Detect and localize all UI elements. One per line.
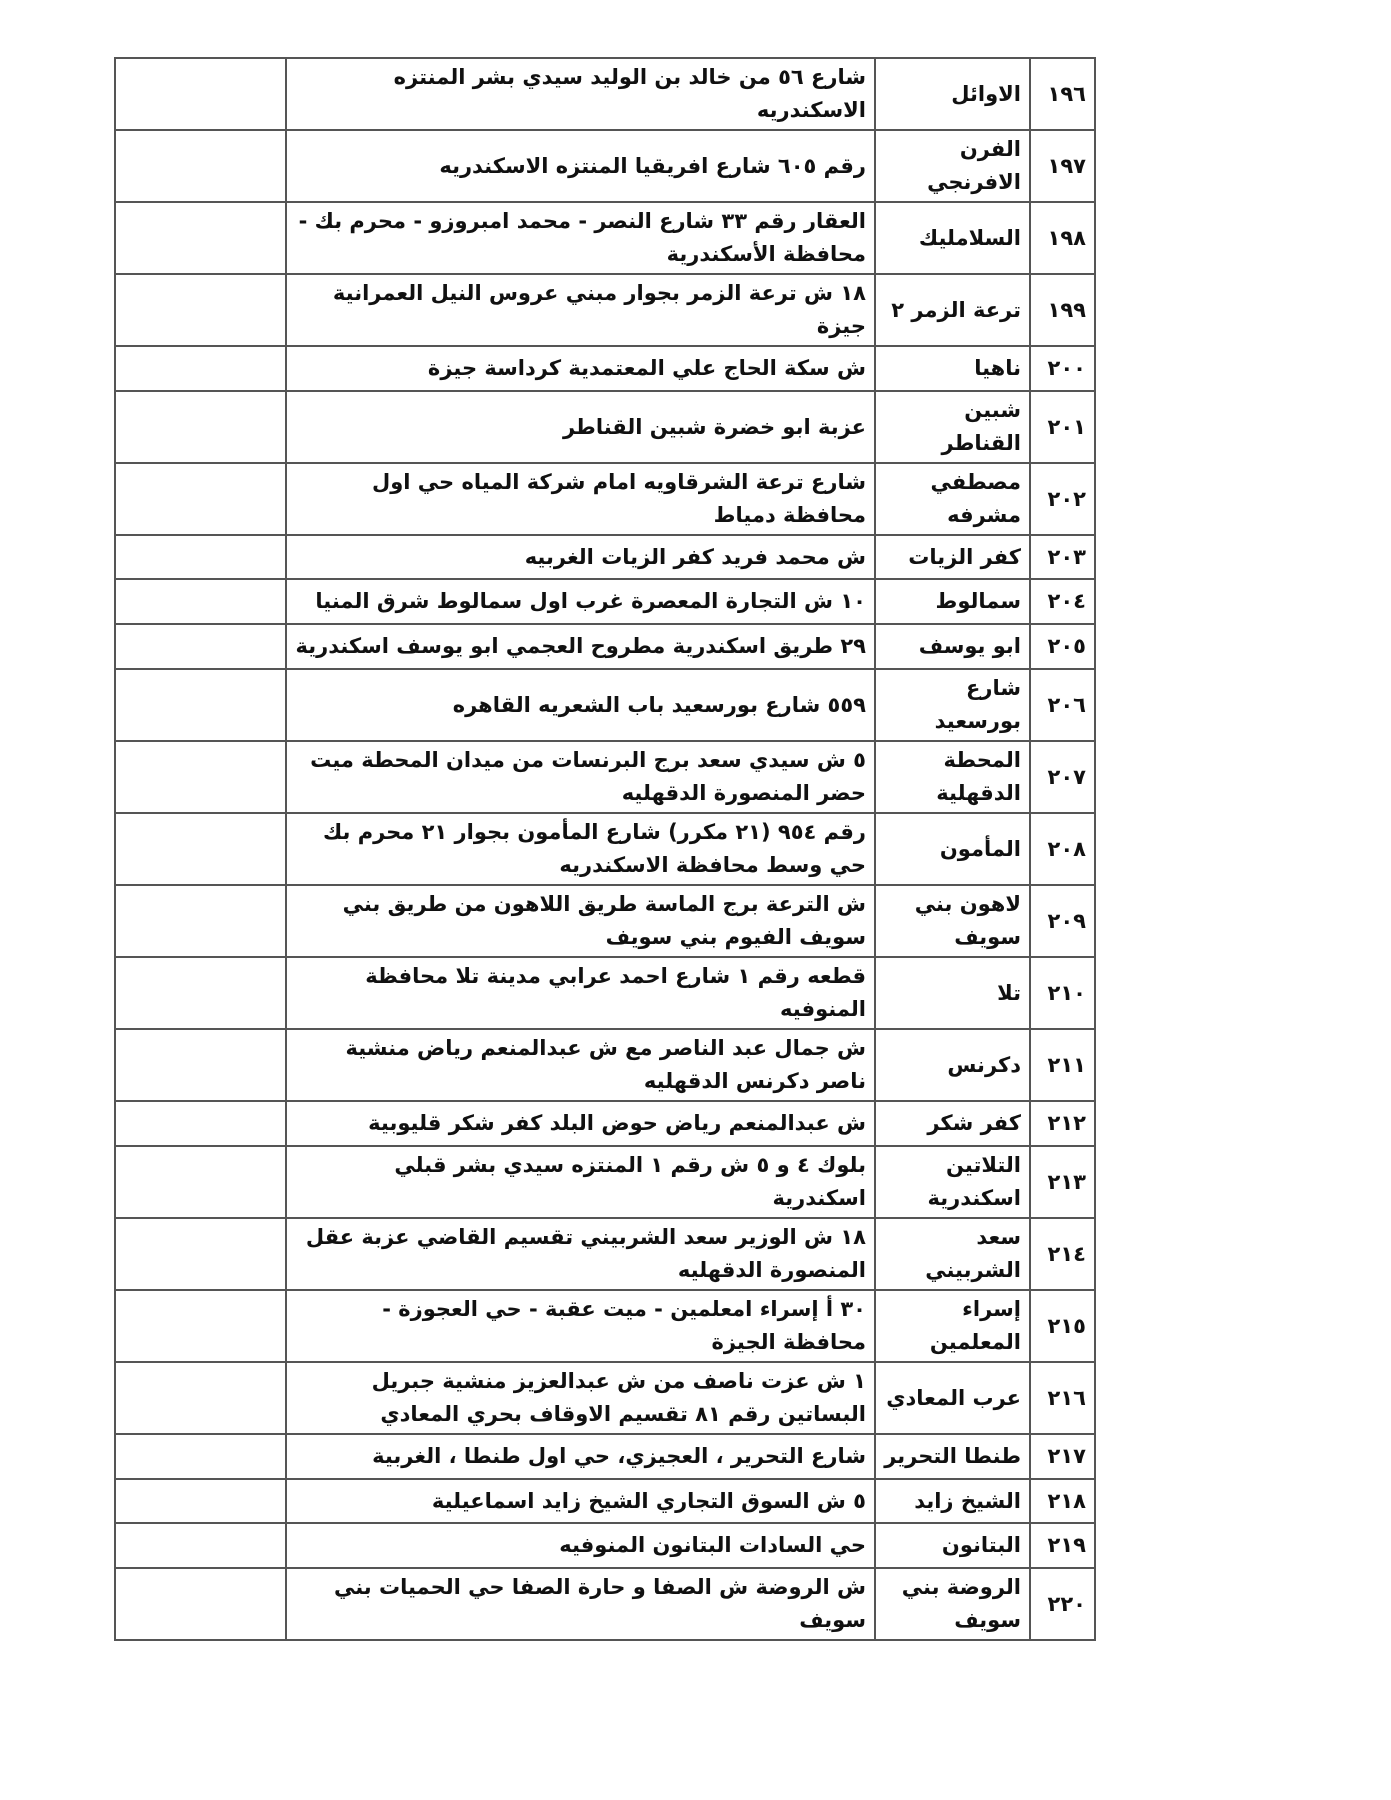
table-row: ٢٠٧المحطة الدقهلية٥ ش سيدي سعد برج البرن… [115, 741, 1095, 813]
branch-address: ش محمد فريد كفر الزيات الغربيه [286, 535, 875, 579]
empty-cell [115, 1568, 286, 1640]
branch-name: مصطفي مشرفه [875, 463, 1030, 535]
row-number: ٢١٩ [1030, 1523, 1095, 1568]
empty-cell [115, 346, 286, 391]
row-number: ١٩٨ [1030, 202, 1095, 274]
branch-name: كفر شكر [875, 1101, 1030, 1146]
empty-cell [115, 391, 286, 463]
branch-address: ٥ ش سيدي سعد برج البرنسات من ميدان المحط… [286, 741, 875, 813]
row-number: ٢٠٣ [1030, 535, 1095, 579]
empty-cell [115, 741, 286, 813]
branch-address: ش سكة الحاج علي المعتمدية كرداسة جيزة [286, 346, 875, 391]
empty-cell [115, 1146, 286, 1218]
row-number: ٢٠١ [1030, 391, 1095, 463]
branch-name: المحطة الدقهلية [875, 741, 1030, 813]
branch-address: حي السادات البتانون المنوفيه [286, 1523, 875, 1568]
branch-address: ٣٠ أ إسراء امعلمين - ميت عقبة - حي العجو… [286, 1290, 875, 1362]
row-number: ٢٠٧ [1030, 741, 1095, 813]
row-number: ٢١٥ [1030, 1290, 1095, 1362]
empty-cell [115, 274, 286, 346]
branch-name: الاوائل [875, 58, 1030, 130]
row-number: ٢١٣ [1030, 1146, 1095, 1218]
branch-name: ابو يوسف [875, 624, 1030, 669]
row-number: ٢١٤ [1030, 1218, 1095, 1290]
row-number: ٢٠٢ [1030, 463, 1095, 535]
branch-address: ١٨ ش ترعة الزمر بجوار مبني عروس النيل ال… [286, 274, 875, 346]
row-number: ٢٠٠ [1030, 346, 1095, 391]
branch-address: رقم ٩٥٤ (٢١ مكرر) شارع المأمون بجوار ٢١ … [286, 813, 875, 885]
empty-cell [115, 1523, 286, 1568]
empty-cell [115, 1290, 286, 1362]
branch-name: شبين القناطر [875, 391, 1030, 463]
branch-address: ٢٩ طريق اسكندرية مطروح العجمي ابو يوسف ا… [286, 624, 875, 669]
branch-address: ١ ش عزت ناصف من ش عبدالعزيز منشية جبريل … [286, 1362, 875, 1434]
empty-cell [115, 885, 286, 957]
branch-address: شارع التحرير ، العجيزي، حي اول طنطا ، ال… [286, 1434, 875, 1479]
row-number: ٢٠٦ [1030, 669, 1095, 741]
table-row: ٢٠٨المأمونرقم ٩٥٤ (٢١ مكرر) شارع المأمون… [115, 813, 1095, 885]
empty-cell [115, 579, 286, 624]
empty-cell [115, 1101, 286, 1146]
branch-address: ش الروضة ش الصفا و حارة الصفا حي الحميات… [286, 1568, 875, 1640]
table-row: ٢١٧طنطا التحريرشارع التحرير ، العجيزي، ح… [115, 1434, 1095, 1479]
branch-address: شارع ترعة الشرقاويه امام شركة المياه حي … [286, 463, 875, 535]
branch-name: كفر الزيات [875, 535, 1030, 579]
branch-address: ١٠ ش التجارة المعصرة غرب اول سمالوط شرق … [286, 579, 875, 624]
branch-address: ١٨ ش الوزير سعد الشربيني تقسيم القاضي عز… [286, 1218, 875, 1290]
branch-address: العقار رقم ٣٣ شارع النصر - محمد امبروزو … [286, 202, 875, 274]
empty-cell [115, 669, 286, 741]
empty-cell [115, 130, 286, 202]
table-row: ٢١٣التلاتين اسكندريةبلوك ٤ و ٥ ش رقم ١ ا… [115, 1146, 1095, 1218]
branch-name: الشيخ زايد [875, 1479, 1030, 1523]
row-number: ١٩٧ [1030, 130, 1095, 202]
branch-name: ناهيا [875, 346, 1030, 391]
branch-address: شارع ٥٦ من خالد بن الوليد سيدي بشر المنت… [286, 58, 875, 130]
empty-cell [115, 58, 286, 130]
branch-name: إسراء المعلمين [875, 1290, 1030, 1362]
row-number: ٢٠٥ [1030, 624, 1095, 669]
table-row: ٢٠١شبين القناطرعزبة ابو خضرة شبين القناط… [115, 391, 1095, 463]
branch-name: الفرن الافرنجي [875, 130, 1030, 202]
table-row: ٢٢٠الروضة بني سويفش الروضة ش الصفا و حار… [115, 1568, 1095, 1640]
row-number: ٢١٧ [1030, 1434, 1095, 1479]
branch-name: البتانون [875, 1523, 1030, 1568]
branch-name: لاهون بني سويف [875, 885, 1030, 957]
branch-address: ٥٥٩ شارع بورسعيد باب الشعريه القاهره [286, 669, 875, 741]
empty-cell [115, 624, 286, 669]
branch-name: السلامليك [875, 202, 1030, 274]
row-number: ١٩٩ [1030, 274, 1095, 346]
branch-address-table: ١٩٦الاوائلشارع ٥٦ من خالد بن الوليد سيدي… [114, 57, 1096, 1641]
branch-name: شارع بورسعيد [875, 669, 1030, 741]
row-number: ٢٢٠ [1030, 1568, 1095, 1640]
row-number: ١٩٦ [1030, 58, 1095, 130]
table-row: ٢٠٠ناهياش سكة الحاج علي المعتمدية كرداسة… [115, 346, 1095, 391]
row-number: ٢١١ [1030, 1029, 1095, 1101]
table-row: ٢١٨الشيخ زايد٥ ش السوق التجاري الشيخ زاي… [115, 1479, 1095, 1523]
branch-name: سعد الشربيني [875, 1218, 1030, 1290]
table-row: ٢١٥إسراء المعلمين٣٠ أ إسراء امعلمين - مي… [115, 1290, 1095, 1362]
empty-cell [115, 1479, 286, 1523]
table-row: ٢٠٤سمالوط١٠ ش التجارة المعصرة غرب اول سم… [115, 579, 1095, 624]
table-row: ٢٠٩لاهون بني سويفش الترعة برج الماسة طري… [115, 885, 1095, 957]
branch-address: ٥ ش السوق التجاري الشيخ زايد اسماعيلية [286, 1479, 875, 1523]
table-row: ١٩٩ترعة الزمر ٢١٨ ش ترعة الزمر بجوار مبن… [115, 274, 1095, 346]
branch-name: المأمون [875, 813, 1030, 885]
branch-address: ش عبدالمنعم رياض حوض البلد كفر شكر قليوب… [286, 1101, 875, 1146]
row-number: ٢١٦ [1030, 1362, 1095, 1434]
branch-address: ش جمال عبد الناصر مع ش عبدالمنعم رياض من… [286, 1029, 875, 1101]
branch-address: ش الترعة برج الماسة طريق اللاهون من طريق… [286, 885, 875, 957]
row-number: ٢١٢ [1030, 1101, 1095, 1146]
row-number: ٢٠٩ [1030, 885, 1095, 957]
empty-cell [115, 1362, 286, 1434]
empty-cell [115, 535, 286, 579]
table-row: ١٩٧الفرن الافرنجيرقم ٦٠٥ شارع افريقيا ال… [115, 130, 1095, 202]
table-row: ٢٠٣كفر الزياتش محمد فريد كفر الزيات الغر… [115, 535, 1095, 579]
table-row: ٢١٦عرب المعادي١ ش عزت ناصف من ش عبدالعزي… [115, 1362, 1095, 1434]
table-row: ٢١٩البتانونحي السادات البتانون المنوفيه [115, 1523, 1095, 1568]
table-row: ٢١١دكرنسش جمال عبد الناصر مع ش عبدالمنعم… [115, 1029, 1095, 1101]
table-row: ١٩٨السلامليكالعقار رقم ٣٣ شارع النصر - م… [115, 202, 1095, 274]
empty-cell [115, 463, 286, 535]
empty-cell [115, 202, 286, 274]
row-number: ٢٠٤ [1030, 579, 1095, 624]
row-number: ٢٠٨ [1030, 813, 1095, 885]
branch-name: ترعة الزمر ٢ [875, 274, 1030, 346]
empty-cell [115, 957, 286, 1029]
empty-cell [115, 1029, 286, 1101]
table-row: ٢١٢كفر شكرش عبدالمنعم رياض حوض البلد كفر… [115, 1101, 1095, 1146]
branch-address: عزبة ابو خضرة شبين القناطر [286, 391, 875, 463]
branch-address: قطعه رقم ١ شارع احمد عرابي مدينة تلا محا… [286, 957, 875, 1029]
branch-name: سمالوط [875, 579, 1030, 624]
branch-name: تلا [875, 957, 1030, 1029]
table-row: ٢١٤سعد الشربيني١٨ ش الوزير سعد الشربيني … [115, 1218, 1095, 1290]
table-row: ٢١٠تلاقطعه رقم ١ شارع احمد عرابي مدينة ت… [115, 957, 1095, 1029]
branch-name: دكرنس [875, 1029, 1030, 1101]
empty-cell [115, 813, 286, 885]
empty-cell [115, 1218, 286, 1290]
table-row: ١٩٦الاوائلشارع ٥٦ من خالد بن الوليد سيدي… [115, 58, 1095, 130]
empty-cell [115, 1434, 286, 1479]
branch-name: طنطا التحرير [875, 1434, 1030, 1479]
branch-name: الروضة بني سويف [875, 1568, 1030, 1640]
table-row: ٢٠٥ابو يوسف٢٩ طريق اسكندرية مطروح العجمي… [115, 624, 1095, 669]
table-row: ٢٠٦شارع بورسعيد٥٥٩ شارع بورسعيد باب الشع… [115, 669, 1095, 741]
table-body: ١٩٦الاوائلشارع ٥٦ من خالد بن الوليد سيدي… [115, 58, 1095, 1640]
table-row: ٢٠٢مصطفي مشرفهشارع ترعة الشرقاويه امام ش… [115, 463, 1095, 535]
branch-name: عرب المعادي [875, 1362, 1030, 1434]
row-number: ٢١٠ [1030, 957, 1095, 1029]
branch-address: بلوك ٤ و ٥ ش رقم ١ المنتزه سيدي بشر قبلي… [286, 1146, 875, 1218]
document-page: ١٩٦الاوائلشارع ٥٦ من خالد بن الوليد سيدي… [0, 0, 1391, 1800]
branch-address: رقم ٦٠٥ شارع افريقيا المنتزه الاسكندريه [286, 130, 875, 202]
branch-name: التلاتين اسكندرية [875, 1146, 1030, 1218]
row-number: ٢١٨ [1030, 1479, 1095, 1523]
